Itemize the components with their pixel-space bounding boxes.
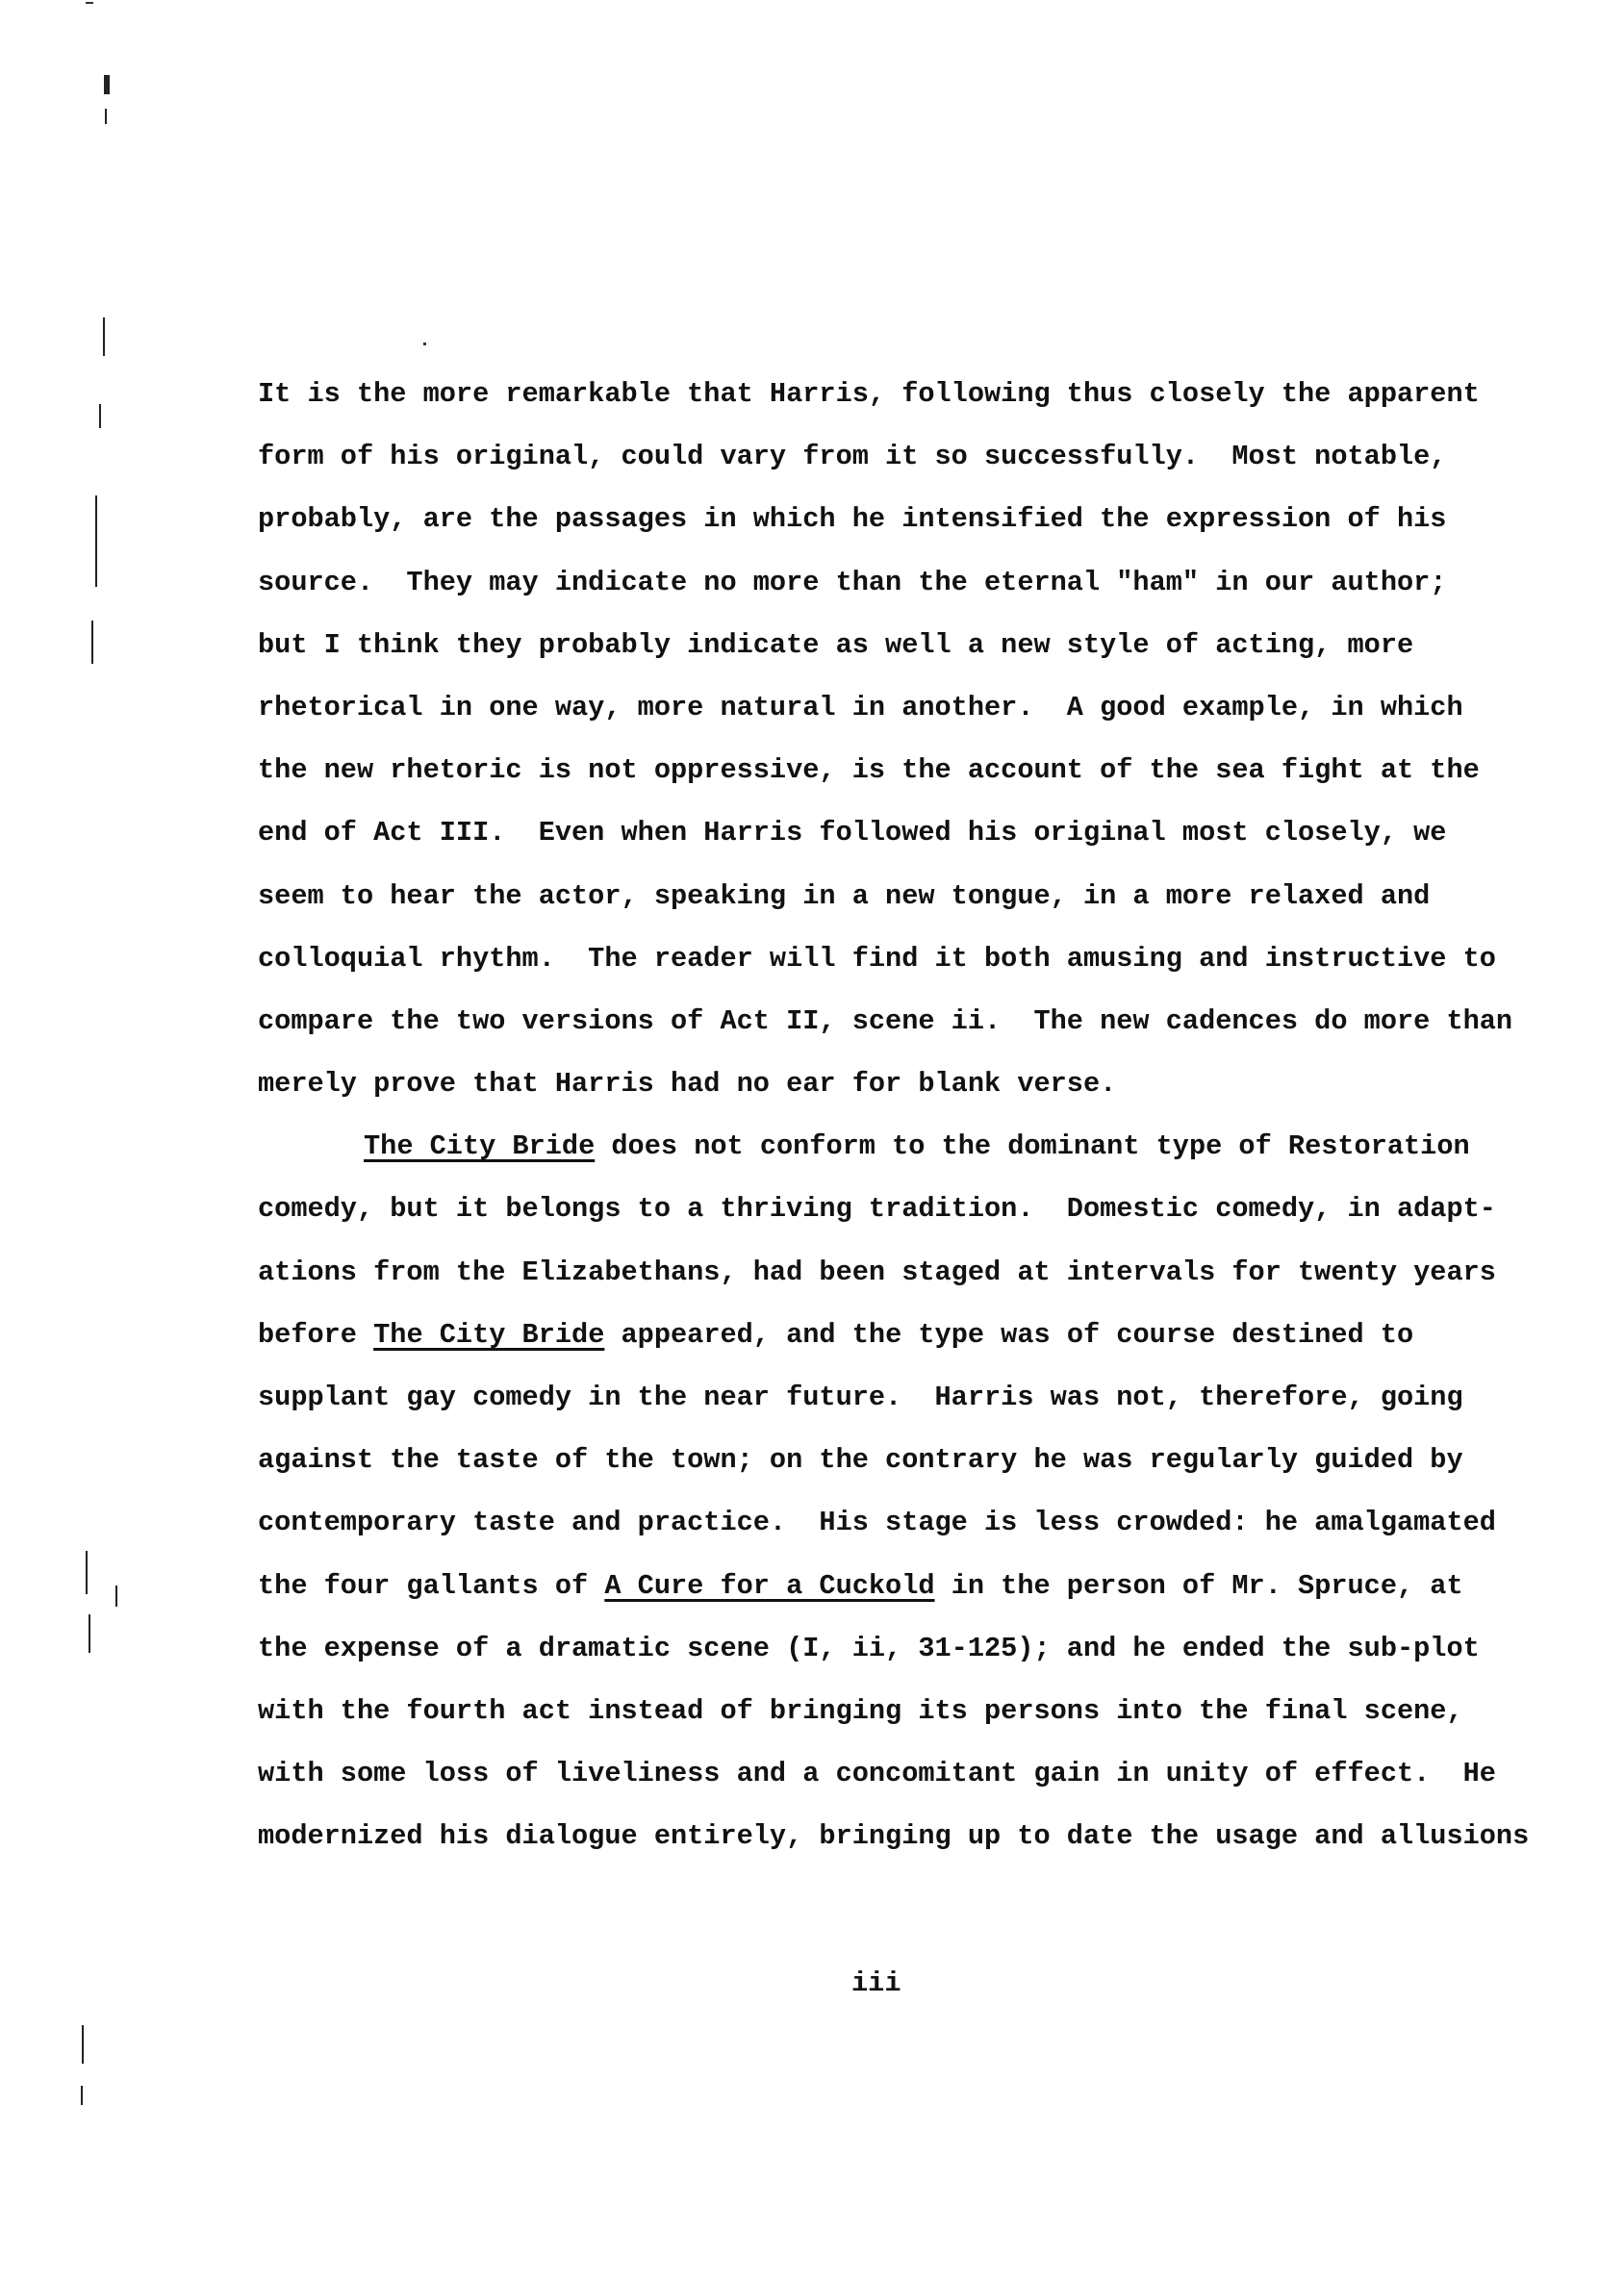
text-segment: the new rhetoric is not oppressive, is t… — [258, 754, 1480, 786]
scan-speck — [423, 342, 426, 345]
scan-artifact — [115, 1585, 117, 1607]
scan-artifact — [82, 2025, 84, 2064]
text-line: end of Act III. Even when Harris followe… — [258, 814, 1470, 876]
text-segment: probably, are the passages in which he i… — [258, 503, 1446, 535]
body-text: It is the more remarkable that Harris, f… — [258, 375, 1470, 1881]
text-segment: source. They may indicate no more than t… — [258, 567, 1446, 598]
scan-artifact — [95, 495, 97, 587]
text-line: against the taste of the town; on the co… — [258, 1441, 1470, 1504]
scan-artifact — [91, 621, 93, 664]
text-segment: compare the two versions of Act II, scen… — [258, 1005, 1512, 1037]
text-segment: merely prove that Harris had no ear for … — [258, 1068, 1116, 1100]
underlined-title: The City Bride — [373, 1319, 604, 1351]
text-line: modernized his dialogue entirely, bringi… — [258, 1817, 1470, 1880]
text-segment: form of his original, could vary from it… — [258, 441, 1446, 472]
scan-artifact — [103, 317, 105, 356]
text-segment: with the fourth act instead of bringing … — [258, 1695, 1463, 1727]
text-segment: does not conform to the dominant type of… — [595, 1130, 1469, 1162]
text-line: seem to hear the actor, speaking in a ne… — [258, 877, 1470, 940]
text-line: supplant gay comedy in the near future. … — [258, 1379, 1470, 1441]
text-segment: against the taste of the town; on the co… — [258, 1444, 1463, 1476]
text-segment: in the person of Mr. Spruce, at — [935, 1570, 1463, 1602]
text-line: rhetorical in one way, more natural in a… — [258, 689, 1470, 751]
document-page: It is the more remarkable that Harris, f… — [0, 0, 1624, 2283]
text-line: It is the more remarkable that Harris, f… — [258, 375, 1470, 438]
text-line: the four gallants of A Cure for a Cuckol… — [258, 1567, 1470, 1630]
text-segment: ations from the Elizabethans, had been s… — [258, 1256, 1496, 1288]
text-segment: seem to hear the actor, speaking in a ne… — [258, 880, 1430, 912]
scan-artifact — [86, 1551, 88, 1594]
scan-artifact — [105, 109, 107, 124]
text-segment: the expense of a dramatic scene (I, ii, … — [258, 1633, 1480, 1664]
text-segment: the four gallants of — [258, 1570, 604, 1602]
text-segment: rhetorical in one way, more natural in a… — [258, 692, 1463, 723]
text-segment: but I think they probably indicate as we… — [258, 629, 1413, 661]
text-segment: It is the more remarkable that Harris, f… — [258, 378, 1480, 410]
text-line: the expense of a dramatic scene (I, ii, … — [258, 1630, 1470, 1692]
underlined-title: The City Bride — [364, 1130, 595, 1162]
text-line: with the fourth act instead of bringing … — [258, 1692, 1470, 1755]
underlined-title: A Cure for a Cuckold — [604, 1570, 934, 1602]
scan-artifact — [89, 1614, 90, 1653]
text-segment: end of Act III. Even when Harris followe… — [258, 817, 1446, 849]
text-line: colloquial rhythm. The reader will find … — [258, 940, 1470, 1002]
scan-artifact — [104, 75, 110, 94]
text-line: ations from the Elizabethans, had been s… — [258, 1254, 1470, 1316]
text-line: before The City Bride appeared, and the … — [258, 1316, 1470, 1379]
text-segment: appeared, and the type was of course des… — [604, 1319, 1413, 1351]
text-segment: supplant gay comedy in the near future. … — [258, 1382, 1463, 1413]
text-line: The City Bride does not conform to the d… — [258, 1128, 1470, 1190]
scan-artifact — [81, 2086, 83, 2105]
page-number: iii — [851, 1965, 901, 2003]
text-line: contemporary taste and practice. His sta… — [258, 1504, 1470, 1566]
text-line: source. They may indicate no more than t… — [258, 564, 1470, 626]
text-segment: colloquial rhythm. The reader will find … — [258, 943, 1496, 975]
scan-artifact — [99, 404, 101, 428]
text-line: comedy, but it belongs to a thriving tra… — [258, 1190, 1470, 1253]
text-segment: comedy, but it belongs to a thriving tra… — [258, 1193, 1496, 1225]
text-line: but I think they probably indicate as we… — [258, 626, 1470, 689]
text-segment: before — [258, 1319, 373, 1351]
text-segment: with some loss of liveliness and a conco… — [258, 1758, 1496, 1789]
text-line: probably, are the passages in which he i… — [258, 500, 1470, 563]
text-line: the new rhetoric is not oppressive, is t… — [258, 751, 1470, 814]
text-line: compare the two versions of Act II, scen… — [258, 1002, 1470, 1065]
text-line: form of his original, could vary from it… — [258, 438, 1470, 500]
text-segment: contemporary taste and practice. His sta… — [258, 1507, 1496, 1538]
text-line: with some loss of liveliness and a conco… — [258, 1755, 1470, 1817]
text-segment: modernized his dialogue entirely, bringi… — [258, 1820, 1529, 1852]
text-line: merely prove that Harris had no ear for … — [258, 1065, 1470, 1128]
scan-speck — [86, 2, 93, 4]
